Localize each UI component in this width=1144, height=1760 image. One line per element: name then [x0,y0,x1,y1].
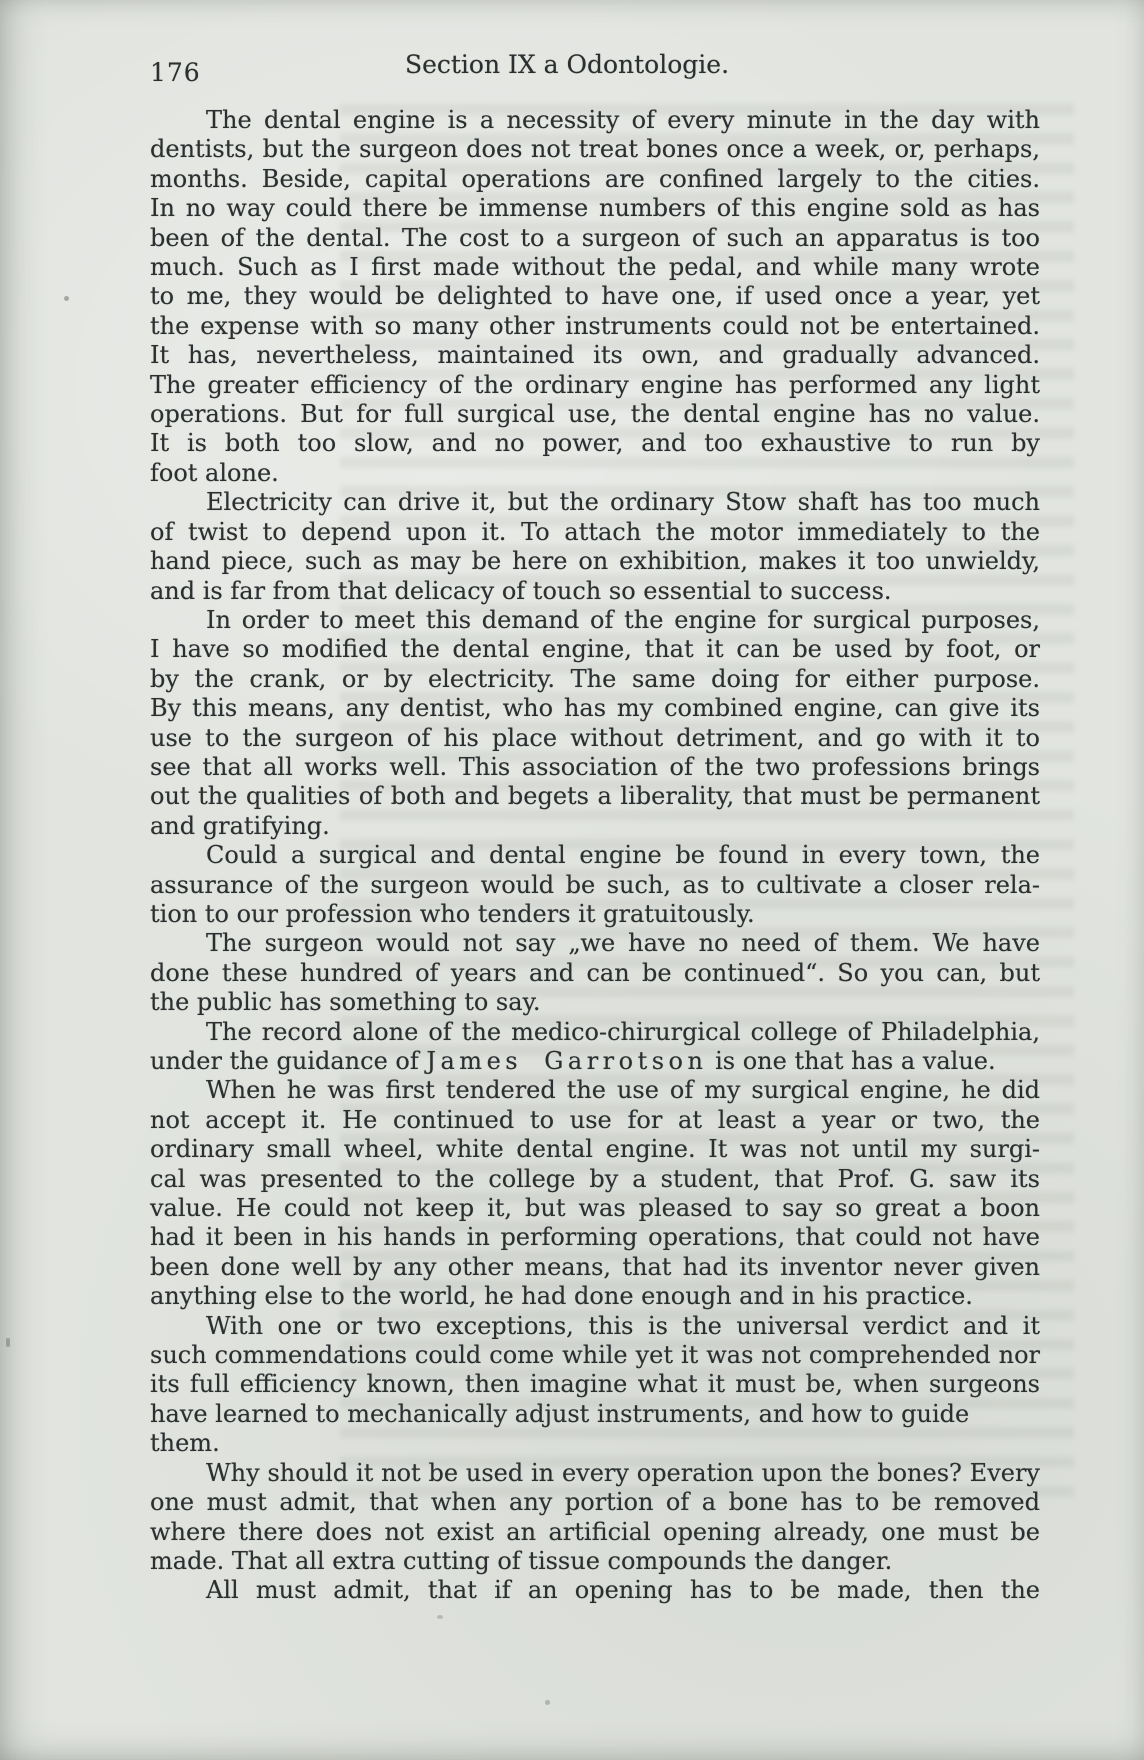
text-line: foot alone. [150,459,1040,488]
paper-speck [545,1700,550,1705]
text-line: Could a surgical and dental engine be fo… [150,841,1040,870]
text-line: assurance of the surgeon would be such, … [150,871,1040,900]
page-header: 176 Section IX a Odontologie. [150,50,1040,82]
text-line: It has, nevertheless, maintained its own… [150,341,1040,370]
text-line: In order to meet this demand of the engi… [150,606,1040,635]
text-line: hand piece, such as may be here on exhib… [150,547,1040,576]
text-line: By this means, any dentist, who has my c… [150,694,1040,723]
text-line: its full efficiency known, then imagine … [150,1370,1040,1399]
text-line: The record alone of the medico-chirurgic… [150,1018,1040,1047]
text-line: such commendations could come while yet … [150,1341,1040,1370]
text-line: the expense with so many other instrumen… [150,312,1040,341]
paragraph: When he was first tendered the use of my… [150,1076,1040,1311]
text-line: the public has something to say. [150,988,1040,1017]
text-line: value. He could not keep it, but was ple… [150,1194,1040,1223]
text-line: made. That all extra cutting of tissue c… [150,1547,1040,1576]
text-line: months. Beside, capital operations are c… [150,165,1040,194]
text-segment: is one that has a value. [707,1047,995,1075]
text-line: With one or two exceptions, this is the … [150,1312,1040,1341]
text-line: done these hundred of years and can be c… [150,959,1040,988]
paragraph: With one or two exceptions, this is the … [150,1312,1040,1459]
text-line: where there does not exist an artificial… [150,1518,1040,1547]
paragraph: Why should it not be used in every opera… [150,1459,1040,1577]
running-header-title: Section IX a Odontologie. [122,50,1012,79]
paragraph: The dental engine is a necessity of ever… [150,106,1040,488]
paragraph: In order to meet this demand of the engi… [150,606,1040,841]
text-line: have learned to mechanically adjust inst… [150,1400,1040,1459]
text-line: much. Such as I first made without the p… [150,253,1040,282]
text-line: under the guidance of James Garrotson is… [150,1047,1040,1076]
text-line: of twist to depend upon it. To attach th… [150,518,1040,547]
text-line: had it been in his hands in performing o… [150,1223,1040,1252]
text-line: All must admit, that if an opening has t… [150,1576,1040,1605]
text-line: The dental engine is a necessity of ever… [150,106,1040,135]
paragraph: The record alone of the medico-chirurgic… [150,1018,1040,1077]
text-line: see that all works well. This associatio… [150,753,1040,782]
person-name-letterspaced: James Garrotson [426,1047,707,1075]
text-line: to me, they would be delighted to have o… [150,282,1040,311]
paragraph: Electricity can drive it, but the ordina… [150,488,1040,606]
text-line: one must admit, that when any portion of… [150,1488,1040,1517]
text-line: anything else to the world, he had done … [150,1282,1040,1311]
text-line: Electricity can drive it, but the ordina… [150,488,1040,517]
text-line: The greater efficiency of the ordinary e… [150,371,1040,400]
paper-speck [64,296,69,301]
paper-speck [437,1615,443,1619]
text-line: I have so modified the dental engine, th… [150,635,1040,664]
text-line: use to the surgeon of his place without … [150,724,1040,753]
text-line: been done well by any other means, that … [150,1253,1040,1282]
paragraph: Could a surgical and dental engine be fo… [150,841,1040,929]
paragraph: All must admit, that if an opening has t… [150,1576,1040,1605]
text-line: not accept it. He continued to use for a… [150,1106,1040,1135]
paper-speck [6,1338,10,1347]
text-line: cal was presented to the college by a st… [150,1165,1040,1194]
text-line: dentists, but the surgeon does not treat… [150,135,1040,164]
text-segment: under the guidance of [150,1047,426,1075]
text-line: Why should it not be used in every opera… [150,1459,1040,1488]
text-line: been of the dental. The cost to a surgeo… [150,224,1040,253]
text-line: operations. But for full surgical use, t… [150,400,1040,429]
paragraph: The surgeon would not say „we have no ne… [150,929,1040,1017]
text-line: out the qualities of both and begets a l… [150,782,1040,811]
text-line: and is far from that delicacy of touch s… [150,577,1040,606]
body-text: The dental engine is a necessity of ever… [150,106,1040,1606]
text-line: and gratifying. [150,812,1040,841]
text-line: It is both too slow, and no power, and t… [150,429,1040,458]
book-page-scan: 176 Section IX a Odontologie. The dental… [0,0,1144,1760]
text-line: In no way could there be immense numbers… [150,194,1040,223]
text-line: The surgeon would not say „we have no ne… [150,929,1040,958]
text-line: tion to our profession who tenders it gr… [150,900,1040,929]
text-line: When he was first tendered the use of my… [150,1076,1040,1105]
text-line: by the crank, or by electricity. The sam… [150,665,1040,694]
text-line: ordinary small wheel, white dental engin… [150,1135,1040,1164]
